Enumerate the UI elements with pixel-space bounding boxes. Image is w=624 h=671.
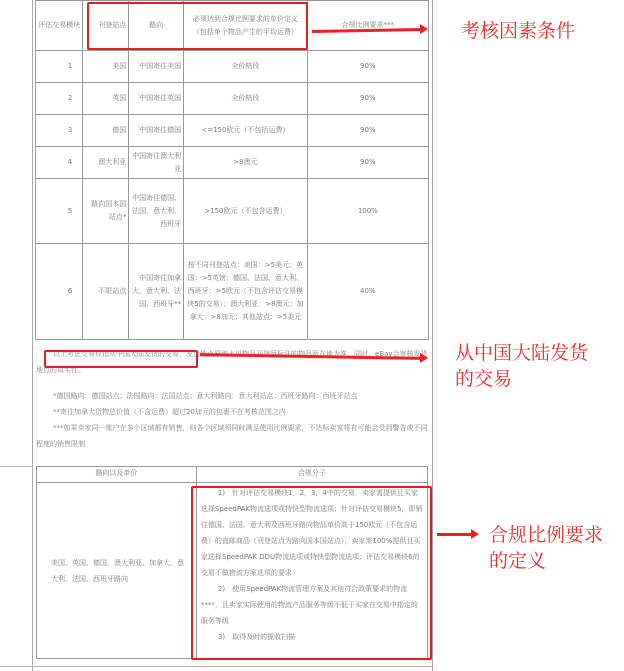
highlight-box-origin xyxy=(44,350,198,368)
routes-cell: 美国、英国、德国、澳大利亚、加拿大、意大利、法国、西班牙路向 xyxy=(37,483,197,659)
header-ratio: 合规比例要求*** xyxy=(307,1,428,51)
table-row: 1 美国 中国寄往美国 全价格段 90% xyxy=(36,51,429,83)
header-route-price: 路向以及单价 xyxy=(37,467,197,483)
arrow-icon xyxy=(437,533,473,536)
highlight-box-header xyxy=(87,2,308,50)
table-row: 2 英国 中国寄往英国 全价格段 90% xyxy=(36,83,429,115)
annotation-compliance-definition: 合规比例要求的定义 xyxy=(489,522,603,574)
footnote-2: **寄往加拿大货物总价值（不含运费）超过20加元的包裹不在考核范围之内 xyxy=(36,404,428,420)
table-row: 5 路向国本国站点* 中国寄往德国、法国、意大利、西班牙 >150欧元（不包含运… xyxy=(36,179,429,244)
highlight-box-compliance xyxy=(191,486,432,660)
header-module: 评估交易模块 xyxy=(36,1,83,51)
footnote-1: *德国路向：德国站点；法国路向：法国站点；意大利路向：意大利站点；西班牙路向：西… xyxy=(36,388,428,404)
divider xyxy=(0,666,432,667)
divider xyxy=(0,466,32,467)
table-row: 6 不限站点 中国寄往加拿大、意大利、法国、西班牙** 按不同刊登站点：美国：>… xyxy=(36,244,429,340)
annotation-assessment-factors: 考核因素条件 xyxy=(461,18,575,44)
annotation-origin: 从中国大陆发货的交易 xyxy=(455,340,588,392)
evaluation-table: 评估交易模块 刊登站点 路向 必须达到合规比例要求的单价定义（包括单个物品产生的… xyxy=(35,0,429,340)
table-row: 3 德国 中国寄往德国 <=150欧元（不包括运费） 90% xyxy=(36,115,429,147)
table-row: 4 澳大利亚 中国寄往澳大利亚 >8澳元 90% xyxy=(36,147,429,179)
header-compliance: 合规分子 xyxy=(196,467,427,483)
footnote-3: ***如果卖家同一账户在多个区域都有销售，则各个区域须同时满足使用比例要求，不达… xyxy=(36,420,428,452)
